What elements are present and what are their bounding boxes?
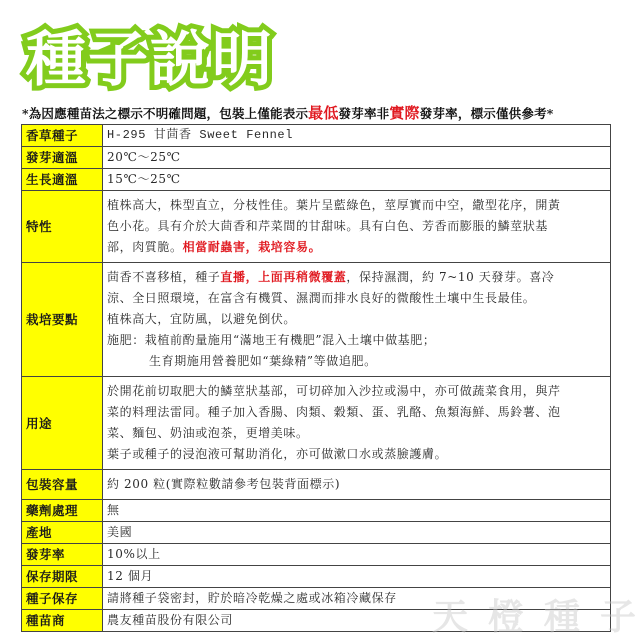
value-package-qty: 約 200 粒(實際粒數請參考包裝背面標示) xyxy=(103,470,611,500)
table-row-chemical-treatment: 藥劑處理 無 xyxy=(22,500,611,522)
notice-highlight-actual: 實際 xyxy=(389,104,419,122)
uses-line-3: 菜、麵包、奶油或泡茶，更增美味。 xyxy=(107,423,606,444)
seed-info-table: 香草種子 H-295 甘茴香 Sweet Fennel 發芽適溫 20℃～25℃… xyxy=(21,124,611,632)
table-row-growth-temp: 生長適溫 15℃～25℃ xyxy=(22,169,611,191)
characteristics-line-3-text: 部，肉質脆。 xyxy=(107,240,183,254)
table-row-uses: 用途 於開花前切取肥大的鱗莖狀基部，可切碎加入沙拉或湯中，亦可做蔬菜食用，與芹 … xyxy=(22,377,611,470)
characteristics-line-2: 色小花。具有介於大茴香和芹菜間的甘甜味。具有白色、芳香而膨脹的鱗莖狀基 xyxy=(107,216,606,237)
cultivation-line-2: 涼、全日照環境，在富含有機質、濕潤而排水良好的微酸性土壤中生長最佳。 xyxy=(107,288,606,309)
label-herb-seed: 香草種子 xyxy=(22,125,103,147)
cultivation-line-3: 植株高大，宜防風，以避免倒伏。 xyxy=(107,309,606,330)
cultivation-line-1a: 茴香不喜移植，種子 xyxy=(107,270,220,284)
table-row-package-qty: 包裝容量 約 200 粒(實際粒數請參考包裝背面標示) xyxy=(22,470,611,500)
value-shelf-life: 12 個月 xyxy=(103,566,611,588)
value-seed-storage: 請將種子袋密封，貯於暗冷乾燥之處或冰箱冷藏保存 xyxy=(103,588,611,610)
page-title: 種子說明 xyxy=(26,30,274,90)
label-characteristics: 特性 xyxy=(22,191,103,263)
cultivation-line-1b: ，保持濕潤，約 7~10 天發芽。喜冷 xyxy=(346,270,554,284)
disclaimer-notice: *為因應種苗法之標示不明確問題，包裝上僅能表示最低發芽率非實際發芽率，標示僅供參… xyxy=(22,102,612,123)
cultivation-highlight: 直播，上面再稍微覆蓋 xyxy=(220,270,346,284)
value-germination-temp: 20℃～25℃ xyxy=(103,147,611,169)
label-shelf-life: 保存期限 xyxy=(22,566,103,588)
label-seed-storage: 種子保存 xyxy=(22,588,103,610)
cultivation-line-4: 施肥：栽植前酌量施用“滿地王有機肥”混入土壤中做基肥； xyxy=(107,330,606,351)
table-row-germination-temp: 發芽適溫 20℃～25℃ xyxy=(22,147,611,169)
label-package-qty: 包裝容量 xyxy=(22,470,103,500)
cultivation-line-5: 生育期施用營養肥如“葉綠精”等做追肥。 xyxy=(107,351,606,372)
table-row-germination-rate: 發芽率 10%以上 xyxy=(22,544,611,566)
label-origin: 產地 xyxy=(22,522,103,544)
table-row-herb-seed: 香草種子 H-295 甘茴香 Sweet Fennel xyxy=(22,125,611,147)
cultivation-line-1: 茴香不喜移植，種子直播，上面再稍微覆蓋，保持濕潤，約 7~10 天發芽。喜冷 xyxy=(107,267,606,288)
label-cultivation: 栽培要點 xyxy=(22,263,103,377)
label-germination-temp: 發芽適溫 xyxy=(22,147,103,169)
label-germination-rate: 發芽率 xyxy=(22,544,103,566)
label-supplier: 種苗商 xyxy=(22,610,103,632)
characteristics-line-1: 植株高大，株型直立，分枝性佳。葉片呈藍綠色，莖厚實而中空，繖型花序，開黃 xyxy=(107,195,606,216)
notice-text-2: 發芽率非 xyxy=(339,106,390,121)
label-uses: 用途 xyxy=(22,377,103,470)
value-uses: 於開花前切取肥大的鱗莖狀基部，可切碎加入沙拉或湯中，亦可做蔬菜食用，與芹 菜的料… xyxy=(103,377,611,470)
value-characteristics: 植株高大，株型直立，分枝性佳。葉片呈藍綠色，莖厚實而中空，繖型花序，開黃 色小花… xyxy=(103,191,611,263)
value-cultivation: 茴香不喜移植，種子直播，上面再稍微覆蓋，保持濕潤，約 7~10 天發芽。喜冷 涼… xyxy=(103,263,611,377)
value-germination-rate: 10%以上 xyxy=(103,544,611,566)
table-row-cultivation: 栽培要點 茴香不喜移植，種子直播，上面再稍微覆蓋，保持濕潤，約 7~10 天發芽… xyxy=(22,263,611,377)
table-row-supplier: 種苗商 農友種苗股份有限公司 xyxy=(22,610,611,632)
label-chemical-treatment: 藥劑處理 xyxy=(22,500,103,522)
characteristics-highlight: 相當耐蟲害，栽培容易。 xyxy=(183,240,322,254)
value-supplier: 農友種苗股份有限公司 xyxy=(103,610,611,632)
table-row-shelf-life: 保存期限 12 個月 xyxy=(22,566,611,588)
value-origin: 美國 xyxy=(103,522,611,544)
label-growth-temp: 生長適溫 xyxy=(22,169,103,191)
value-chemical-treatment: 無 xyxy=(103,500,611,522)
uses-line-4: 葉子或種子的浸泡液可幫助消化，亦可做漱口水或蒸臉護膚。 xyxy=(107,444,606,465)
notice-text-3: 發芽率，標示僅供參考* xyxy=(420,106,554,121)
uses-line-1: 於開花前切取肥大的鱗莖狀基部，可切碎加入沙拉或湯中，亦可做蔬菜食用，與芹 xyxy=(107,381,606,402)
value-herb-seed: H-295 甘茴香 Sweet Fennel xyxy=(103,125,611,147)
characteristics-line-3: 部，肉質脆。相當耐蟲害，栽培容易。 xyxy=(107,237,606,258)
notice-highlight-minimum: 最低 xyxy=(308,104,338,122)
value-growth-temp: 15℃～25℃ xyxy=(103,169,611,191)
title-block: 種子說明 xyxy=(26,22,274,98)
table-row-characteristics: 特性 植株高大，株型直立，分枝性佳。葉片呈藍綠色，莖厚實而中空，繖型花序，開黃 … xyxy=(22,191,611,263)
uses-line-2: 菜的料理法雷同。種子加入香腸、肉類、穀類、蛋、乳酪、魚類海鮮、馬鈴薯、泡 xyxy=(107,402,606,423)
notice-text-1: *為因應種苗法之標示不明確問題，包裝上僅能表示 xyxy=(22,106,308,121)
table-row-seed-storage: 種子保存 請將種子袋密封，貯於暗冷乾燥之處或冰箱冷藏保存 xyxy=(22,588,611,610)
table-row-origin: 產地 美國 xyxy=(22,522,611,544)
